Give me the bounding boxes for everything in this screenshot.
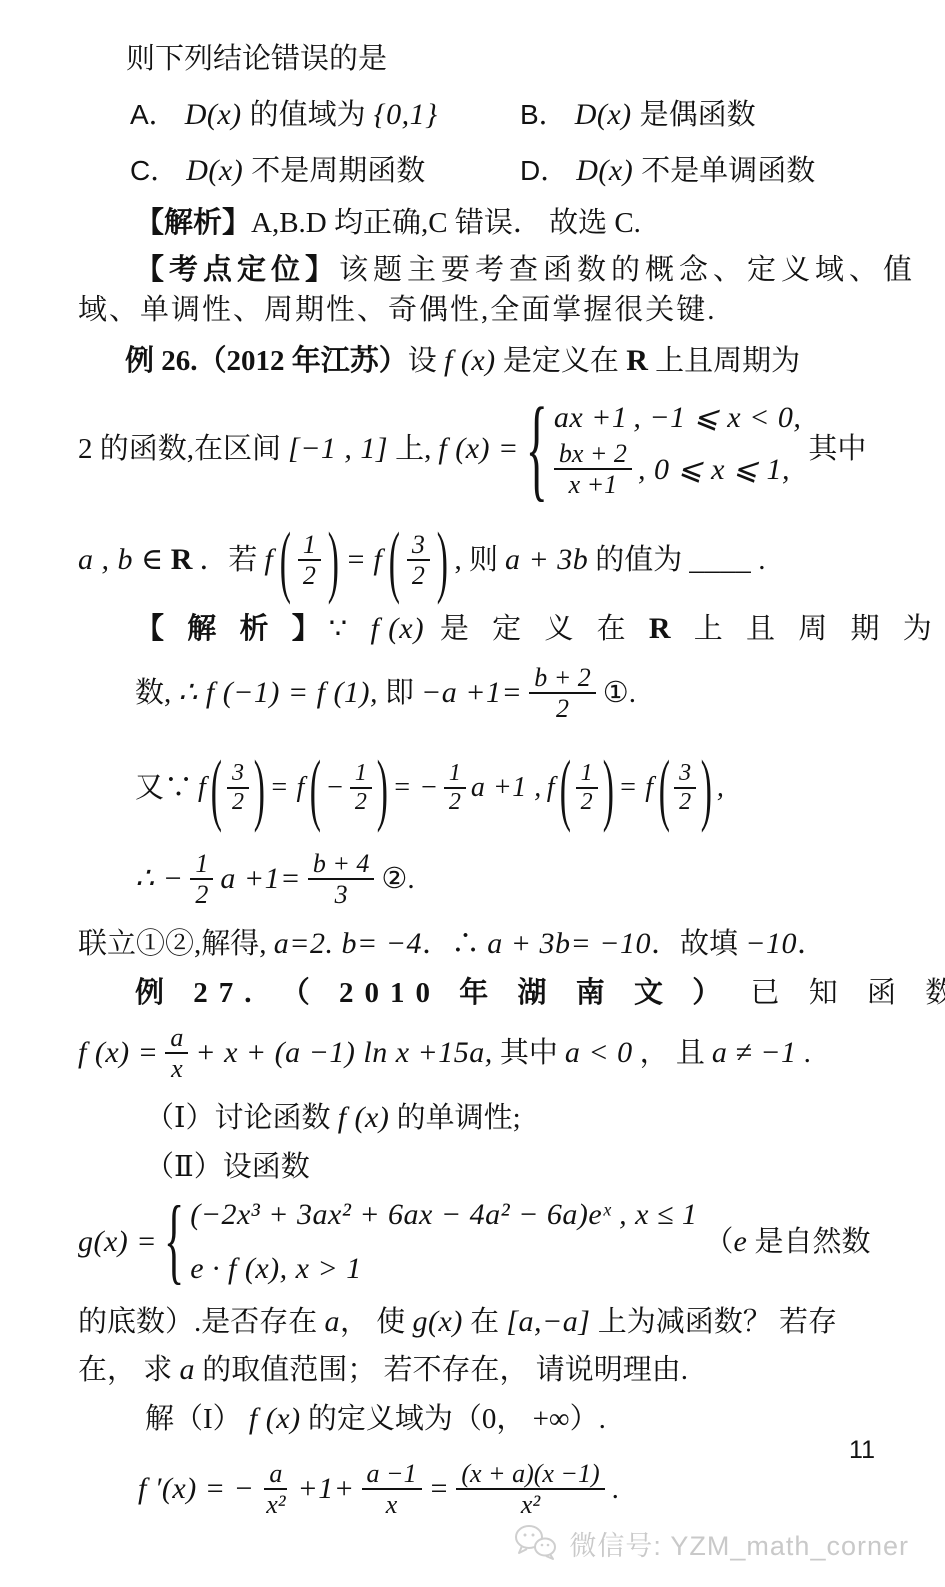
pw26-pre: 2 的函数,在区间 <box>78 430 281 468</box>
circled-1: ①. <box>603 674 636 712</box>
analysis-tag: 【解析】 <box>135 207 251 239</box>
f27-t1: 其中 <box>500 1034 558 1072</box>
option-a-label: A． <box>130 97 177 134</box>
option-d-label: D． <box>520 153 568 190</box>
piecewise-27-rows: (−2x³ + 3ax² + 6ax − 4a² − 6a)eˣ , x ≤ 1… <box>190 1195 697 1288</box>
also-since: 又∵ <box>135 769 193 807</box>
fraction-denominator: 2 <box>298 561 321 590</box>
bold-R: R <box>649 612 679 645</box>
q27-l3-t4: 上为减函数？ 若存 <box>590 1306 837 1338</box>
sol-t2: 的定义域为（0， +∞）. <box>301 1403 606 1435</box>
s26-l2-m2: −a +1= <box>421 673 522 713</box>
piecewise-26-row-2: bx + 2x +1 , 0 ⩽ x ⩽ 1, <box>554 439 790 499</box>
big-left-paren: ( <box>280 520 291 600</box>
part-1-t1: （Ⅰ）讨论函数 <box>145 1102 338 1134</box>
example-26-t3: 上且周期为 <box>648 345 800 377</box>
fraction: bx + 2x +1 <box>554 439 632 499</box>
question-stem: 则下列结论错误的是 <box>78 40 880 78</box>
analysis-26-line-2: 数, ∴ f (−1) = f (1), 即 −a +1= b + 22 ①. <box>135 648 880 738</box>
pw26-interval: [−1 , 1] <box>288 429 388 469</box>
pw26-cond-1: , −1 ⩽ x < 0, <box>633 398 801 438</box>
ab-m2: a + 3b <box>505 540 588 580</box>
option-d-formula: D(x) <box>576 151 633 191</box>
conclusion-26: 联立①②,解得, a=2. b= −4．∴ a + 3b= −10．故填 −10… <box>78 924 880 964</box>
equals-f: = f <box>618 770 653 807</box>
conclusion-t3: ．故填 <box>651 928 745 960</box>
question-27-line-3: 的底数）.是否存在 a， 使 g(x) 在 [a,−a] 上为减函数？ 若存 <box>78 1302 880 1342</box>
bold-R: R <box>171 540 193 580</box>
conclusion-m2: a + 3b= −10 <box>487 927 651 960</box>
conclusion-t2: ．∴ <box>422 928 487 960</box>
piecewise-26: { ax +1 , −1 ⩽ x < 0, bx + 2x +1 , 0 ⩽ x… <box>526 398 802 500</box>
q27-l3-m2: g(x) <box>413 1305 463 1338</box>
fraction-denominator: 2 <box>551 694 574 723</box>
fraction: 12 <box>190 849 213 909</box>
fraction: b + 43 <box>308 849 375 909</box>
piecewise-line-26: 2 的函数,在区间 [−1 , 1] 上, f (x) = { ax +1 , … <box>78 385 880 513</box>
f27-m2: + x + (a −1) ln x +15a, <box>195 1033 492 1073</box>
fraction-numerator: 3 <box>407 530 430 561</box>
period: . <box>804 1034 811 1072</box>
fraction: 32 <box>227 760 249 816</box>
keypoint-tag: 【考点定位】 <box>135 254 339 286</box>
part-2-line: （Ⅱ）设函数 <box>145 1148 880 1186</box>
s26-t1: 是 定 义 在 <box>440 613 649 645</box>
left-brace: { <box>164 1194 184 1291</box>
analysis-tag: 【 解 析 】 <box>135 613 329 645</box>
s26-t2: 上 且 周 期 为 2 的 函 <box>679 613 945 645</box>
s26-l3-m2: a +1 , <box>471 770 542 807</box>
fraction-denominator: x +1 <box>564 470 623 499</box>
f27-m1: f (x) = <box>78 1033 158 1073</box>
big-right-paren: ) <box>701 748 712 828</box>
f-symbol: f <box>547 770 555 807</box>
page-number: 11 <box>849 1434 875 1467</box>
part-1-t2: 的单调性; <box>389 1102 520 1134</box>
fraction-numerator: 3 <box>674 760 696 789</box>
derivative-line: f ′(x) = − ax² +1+ a −1x = (x + a)(x −1)… <box>138 1441 880 1537</box>
fraction: ax² <box>261 1459 290 1519</box>
circled-2: ②. <box>381 860 414 898</box>
analysis-25: 【解析】A,B.D 均正确,C 错误． 故选 C. <box>135 204 880 242</box>
fraction: 32 <box>407 530 430 590</box>
big-left-paren: ( <box>211 748 222 828</box>
analysis-26-line-4: ∴ − 12 a +1= b + 43 ②. <box>135 838 880 920</box>
left-brace: { <box>526 391 548 506</box>
conclusion-t4: ． <box>797 928 826 960</box>
option-d: D． D(x) 不是单调函数 <box>520 151 815 191</box>
analysis-26-line-1: 【 解 析 】∵ f (x) 是 定 义 在 R 上 且 周 期 为 2 的 函 <box>135 609 880 649</box>
fraction-denominator: 2 <box>350 789 372 816</box>
option-c-label: C． <box>130 153 178 190</box>
minus-sign: − <box>325 770 344 807</box>
g27-note-text: 是自然数 <box>747 1226 870 1258</box>
conclusion-t1: 联立①②,解得, <box>78 928 274 960</box>
deriv-m2: +1+ <box>298 1469 355 1509</box>
analysis-body: A,B.D 均正确,C 错误． 故选 C. <box>251 207 641 239</box>
example-26-t1: 设 <box>408 345 444 377</box>
fraction-denominator: 2 <box>444 789 466 816</box>
fraction-denominator: x² <box>516 1490 545 1519</box>
fraction-numerator: 1 <box>350 760 372 789</box>
fx: f (x) <box>370 612 424 645</box>
solution-27-line: 解（I） f (x) 的定义域为（0， +∞）. <box>145 1399 880 1439</box>
q27-l4-t1: 在， 求 <box>78 1354 180 1386</box>
g27-eq: g(x) = <box>78 1222 157 1262</box>
big-right-paren: ) <box>377 748 388 828</box>
equals-f: = f <box>270 770 305 807</box>
fraction-denominator: 2 <box>190 880 213 909</box>
piecewise-26-rows: ax +1 , −1 ⩽ x < 0, bx + 2x +1 , 0 ⩽ x ⩽… <box>554 398 802 500</box>
f-symbol: f <box>264 540 273 580</box>
options-row-cd: C． D(x) 不是周期函数 D． D(x) 不是单调函数 <box>78 146 880 196</box>
option-a: A． D(x) 的值域为 {0,1} <box>130 95 520 135</box>
big-left-paren: ( <box>310 748 321 828</box>
s26-l2-t1: 数, <box>135 674 171 712</box>
big-left-paren: ( <box>560 748 571 828</box>
option-d-text: 不是单调函数 <box>641 152 815 190</box>
fraction-numerator: bx + 2 <box>554 439 632 470</box>
pw26-expr-1: ax +1 <box>554 398 628 438</box>
document-page: 则下列结论错误的是 A． D(x) 的值域为 {0,1} B． D(x) 是偶函… <box>0 0 945 1587</box>
q27-l4-m1: a <box>180 1353 196 1386</box>
fraction-denominator: x² <box>261 1490 290 1519</box>
fraction: b + 22 <box>529 663 596 723</box>
fraction-denominator: 2 <box>227 789 249 816</box>
option-b-text: 是偶函数 <box>640 96 756 134</box>
ab-t3: 的值为 <box>595 541 682 579</box>
function-27-line: f (x) = ax + x + (a −1) ln x +15a, 其中 a … <box>78 1012 880 1094</box>
fraction-numerator: b + 2 <box>529 663 596 694</box>
piecewise-26-row-1: ax +1 , −1 ⩽ x < 0, <box>554 398 802 438</box>
pw26-tail: 其中 <box>808 430 866 468</box>
period: . <box>758 541 765 579</box>
s26-l2-t2: 即 <box>385 674 414 712</box>
ab-t2: , 则 <box>454 541 498 579</box>
fraction-denominator: 2 <box>674 789 696 816</box>
q27-l4-t2: 的取值范围； 若不存在， 请说明理由. <box>195 1354 688 1386</box>
option-b-label: B． <box>520 97 567 134</box>
example-27-rest: 已 知 函 数 <box>751 977 945 1009</box>
f-symbol: f <box>198 770 206 807</box>
big-right-paren: ) <box>437 520 448 600</box>
example-27-number: 例 27. （ 2010 年 湖 南 文 ） <box>135 977 751 1009</box>
fraction-numerator: 1 <box>576 760 598 789</box>
fraction-numerator: a <box>165 1023 188 1054</box>
equals: = <box>346 540 367 580</box>
keypoint-text-1: 该题主要考查函数的概念、定义域、值 <box>339 254 917 286</box>
s26-l2-m1: ∴ f (−1) = f (1), <box>178 673 378 713</box>
sol-t1: 解（I） <box>145 1403 249 1435</box>
fraction: a −1x <box>362 1459 422 1519</box>
part-1-fx: f (x) <box>338 1101 390 1134</box>
q27-l3-t2: ， 使 <box>340 1306 413 1338</box>
example-26-t2: 是定义在 <box>496 345 627 377</box>
part-1-line: （Ⅰ）讨论函数 f (x) 的单调性; <box>145 1098 880 1138</box>
option-a-set: {0,1} <box>374 95 438 135</box>
f27-m4: a ≠ −1 <box>712 1033 797 1073</box>
bold-R: R <box>626 344 648 377</box>
sol-fx: f (x) <box>249 1402 301 1435</box>
ab-t1: ．若 <box>199 541 257 579</box>
deriv-m3: = <box>429 1469 450 1509</box>
g27-piece-2: e · f (x), x > 1 <box>190 1249 362 1289</box>
option-c: C． D(x) 不是周期函数 <box>130 151 520 191</box>
q27-l3-m1: a <box>325 1305 341 1338</box>
option-a-text: 的值域为 <box>250 96 366 134</box>
period: . <box>612 1470 619 1508</box>
g27-piece-1: (−2x³ + 3ax² + 6ax − 4a² − 6a)eˣ , x ≤ 1 <box>190 1195 697 1235</box>
option-a-formula: D(x) <box>185 95 242 135</box>
example-26-title: 例 26.（2012 年江苏）设 f (x) 是定义在 R 上且周期为 <box>125 341 880 381</box>
fraction-denominator: 3 <box>330 880 353 909</box>
fraction: 12 <box>350 760 372 816</box>
s26-l4-m2: a +1= <box>220 859 301 899</box>
fraction: 32 <box>674 760 696 816</box>
options-row-ab: A． D(x) 的值域为 {0,1} B． D(x) 是偶函数 <box>78 90 880 140</box>
comma: , <box>717 770 725 807</box>
ab-m1: a , b ∈ <box>78 540 164 580</box>
wechat-id-text: 微信号: YZM_math_corner <box>569 1529 909 1565</box>
conclusion-m1: a=2. b= −4 <box>274 927 422 960</box>
q27-l3-t1: 的底数）.是否存在 <box>78 1306 325 1338</box>
fraction: ax <box>165 1023 188 1083</box>
answer-blank: ____ <box>689 540 751 580</box>
option-c-formula: D(x) <box>186 151 243 191</box>
piecewise-line-27: g(x) = { (−2x³ + 3ax² + 6ax − 4a² − 6a)e… <box>78 1186 880 1298</box>
fraction-denominator: 2 <box>576 789 598 816</box>
fraction-numerator: 1 <box>190 849 213 880</box>
fraction: (x + a)(x −1)x² <box>456 1459 604 1519</box>
fraction-numerator: (x + a)(x −1) <box>456 1459 604 1490</box>
big-right-paren: ) <box>328 520 339 600</box>
ab-condition-line: a , b ∈ R ．若 f ( 12 ) = f ( 32 ) , 则 a +… <box>78 517 880 603</box>
fraction-numerator: 1 <box>444 760 466 789</box>
keypoint-line-2: 域、单调性、周期性、奇偶性,全面掌握很关键. <box>78 291 880 329</box>
fraction: 12 <box>298 530 321 590</box>
fraction-numerator: b + 4 <box>308 849 375 880</box>
option-b: B． D(x) 是偶函数 <box>520 95 756 135</box>
g27-note-open: （ <box>704 1226 733 1258</box>
since-symbol: ∵ <box>329 613 355 645</box>
g27-note-e: e <box>733 1225 747 1258</box>
g27-note: （e 是自然数 <box>704 1222 870 1262</box>
analysis-26-line-3: 又∵ f ( 32 ) = f ( − 12 ) = − 12 a +1 , f… <box>135 738 880 838</box>
fraction-numerator: 3 <box>227 760 249 789</box>
pw26-cond-2: , 0 ⩽ x ⩽ 1, <box>638 450 790 490</box>
wechat-icon <box>513 1523 559 1571</box>
example-27-title: 例 27. （ 2010 年 湖 南 文 ） 已 知 函 数 <box>135 974 880 1012</box>
s26-l3-m1: = − <box>393 770 439 807</box>
fraction-denominator: 2 <box>407 561 430 590</box>
fraction-numerator: 1 <box>298 530 321 561</box>
f27-m3: a < 0 <box>565 1033 633 1073</box>
watermark-footer: 微信号: YZM_math_corner <box>513 1523 909 1571</box>
big-right-paren: ) <box>602 748 613 828</box>
f27-t2: ， 且 <box>640 1034 705 1072</box>
option-c-text: 不是周期函数 <box>251 152 425 190</box>
fraction-denominator: x <box>166 1054 188 1083</box>
fraction: 12 <box>444 760 466 816</box>
big-left-paren: ( <box>389 520 400 600</box>
keypoint-line-1: 【考点定位】该题主要考查函数的概念、定义域、值 <box>135 251 880 289</box>
pw26-fx-eq: f (x) = <box>438 429 518 469</box>
option-b-formula: D(x) <box>575 95 632 135</box>
fraction-denominator: x <box>381 1490 403 1519</box>
conclusion-m3: −10 <box>745 927 797 960</box>
question-27-line-4: 在， 求 a 的取值范围； 若不存在， 请说明理由. <box>78 1350 880 1390</box>
big-left-paren: ( <box>658 748 669 828</box>
q27-l3-m3: [a,−a] <box>506 1305 590 1338</box>
example-26-number: 例 26.（2012 年江苏） <box>125 345 408 377</box>
fraction-numerator: a <box>264 1459 287 1490</box>
example-26-fx: f (x) <box>444 344 496 377</box>
s26-l4-m1: ∴ − <box>135 859 183 899</box>
pw26-mid: 上, <box>395 430 431 468</box>
piecewise-27: { (−2x³ + 3ax² + 6ax − 4a² − 6a)eˣ , x ≤… <box>164 1195 697 1288</box>
q27-l3-t3: 在 <box>463 1306 507 1338</box>
deriv-m1: f ′(x) = − <box>138 1469 254 1509</box>
f-symbol: f <box>373 540 382 580</box>
fraction-numerator: a −1 <box>362 1459 422 1490</box>
fraction: 12 <box>576 760 598 816</box>
big-right-paren: ) <box>254 748 265 828</box>
